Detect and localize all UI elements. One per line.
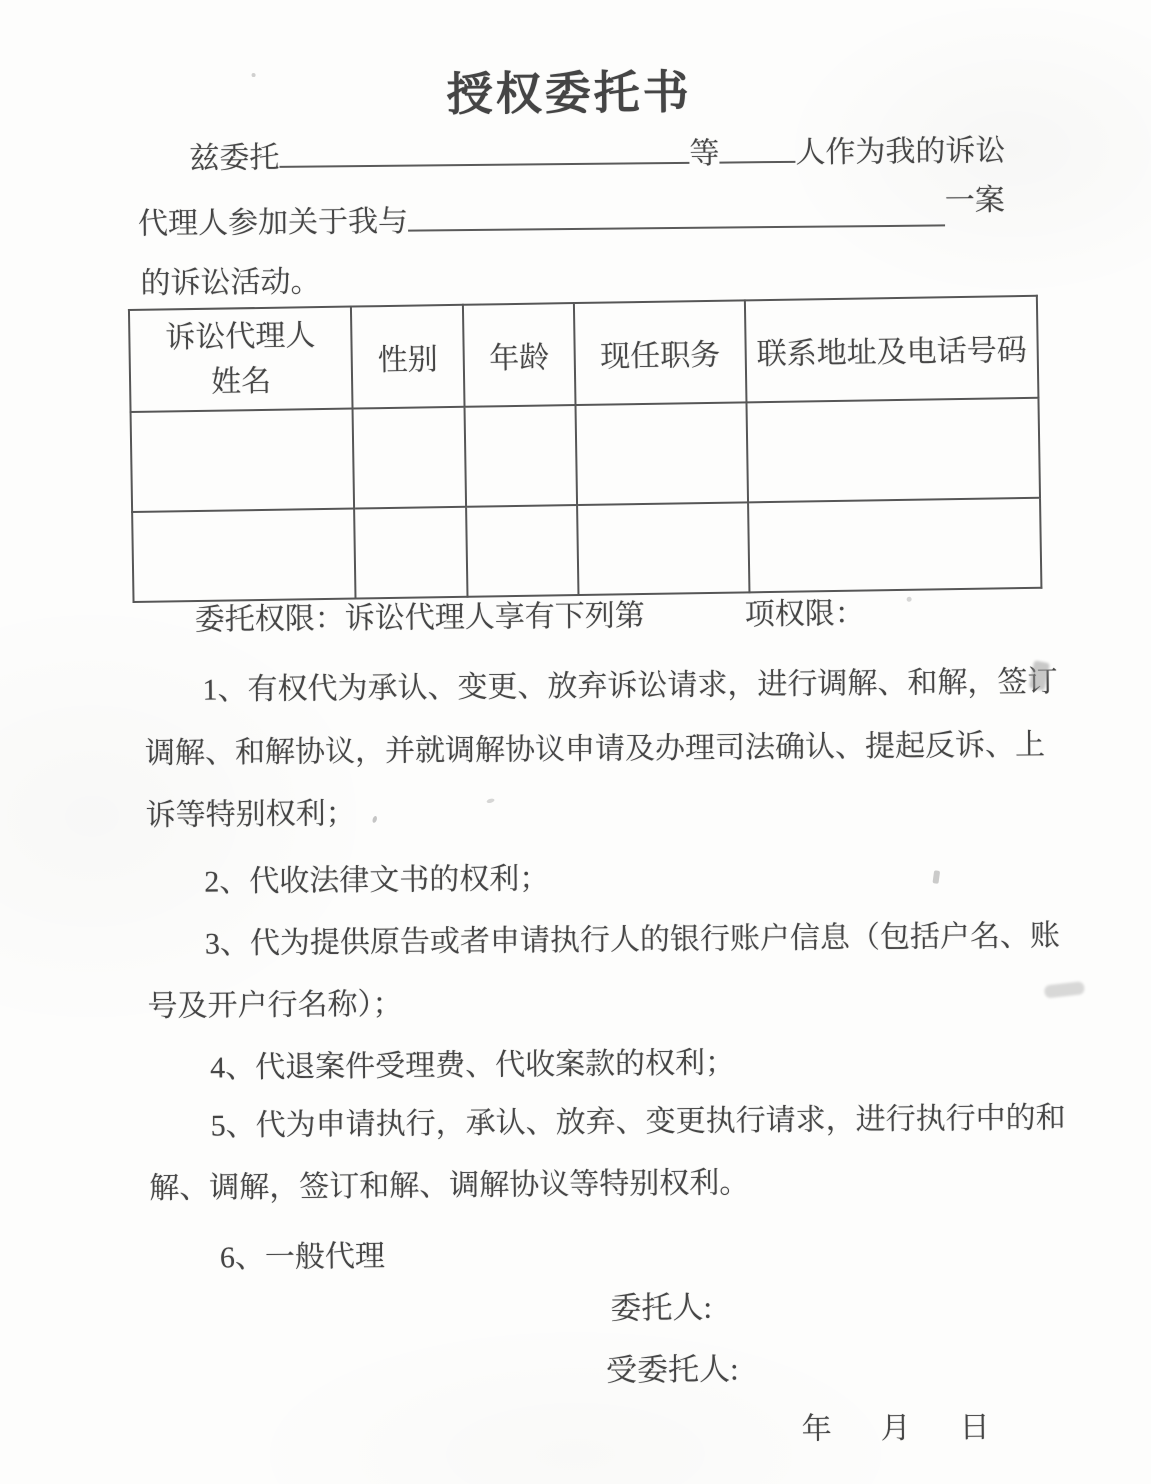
table-row: [132, 498, 1041, 602]
empty-cell: [131, 409, 355, 512]
header-gender: 性别: [351, 305, 465, 409]
table-header-row: 诉讼代理人姓名 性别 年龄 现任职务 联系地址及电话号码: [129, 296, 1038, 412]
empty-cell: [466, 505, 578, 597]
empty-cell: [465, 405, 578, 507]
clause-3-line-1: 3、代为提供原告或者申请执行人的银行账户信息（包括户名、账: [205, 919, 1060, 962]
scan-artifact: [372, 815, 378, 823]
scan-artifact: [486, 798, 495, 804]
empty-cell: [354, 507, 467, 599]
header-age: 年龄: [463, 303, 576, 407]
clause-6-line: 6、一般代理: [220, 1240, 385, 1276]
principal-signature-label: 委托人:: [610, 1290, 712, 1327]
authorization-lead-line: 委托权限：诉讼代理人享有下列第项权限：: [195, 597, 865, 638]
scan-artifact: [1044, 981, 1085, 998]
authorization-lead-prefix: 委托权限：诉讼代理人享有下列第: [195, 599, 645, 636]
person-count-blank: [719, 132, 795, 163]
empty-cell: [577, 502, 749, 595]
authorization-lead-suffix: 项权限：: [745, 597, 865, 631]
opposing-party-blank: [408, 195, 945, 231]
clause-1-line-2: 调解、和解协议，并就调解协议申请及办理司法确认、提起反诉、上: [145, 728, 1045, 771]
header-agent-name-line2: 姓名: [131, 358, 352, 406]
intro-line-2: 代理人参加关于我与一案: [138, 195, 1005, 242]
header-contact-address-phone: 联系地址及电话号码: [745, 296, 1039, 403]
header-agent-name-line1: 诉讼代理人: [130, 313, 351, 361]
intro-line-3: 的诉讼活动。: [140, 265, 320, 301]
empty-cell: [353, 407, 467, 509]
scanned-power-of-attorney-document: 授权委托书 兹委托等人作为我的诉讼 代理人参加关于我与一案 的诉讼活动。 诉讼代…: [0, 0, 1151, 1484]
intro-line-1: 兹委托等人作为我的诉讼: [189, 130, 1005, 177]
clause-2-line: 2、代收法律文书的权利；: [204, 862, 549, 900]
scan-artifact: [907, 597, 912, 602]
principal-name-blank: [279, 133, 689, 167]
clause-1-line-3: 诉等特别权利；: [146, 797, 356, 834]
intro-line1-prefix: 兹委托: [189, 141, 279, 175]
document-sheet: 授权委托书 兹委托等人作为我的诉讼 代理人参加关于我与一案 的诉讼活动。 诉讼代…: [0, 0, 1151, 1484]
empty-cell: [746, 398, 1040, 503]
date-month-label: 月: [880, 1412, 912, 1445]
header-current-position: 现任职务: [574, 300, 747, 405]
clause-5-line-2: 解、调解，签订和解、调解协议等特别权利。: [149, 1166, 749, 1206]
document-title: 授权委托书: [0, 52, 1145, 129]
date-year-label: 年: [801, 1413, 833, 1446]
clause-1-line-1: 1、有权代为承认、变更、放弃诉讼请求，进行调解、和解，签订: [202, 665, 1057, 708]
intro-line2-suffix: 一案: [945, 183, 1005, 217]
intro-line1-suffix: 人作为我的诉讼: [795, 134, 1005, 169]
date-line: 年月日: [801, 1411, 991, 1447]
agents-table: 诉讼代理人姓名 性别 年龄 现任职务 联系地址及电话号码: [128, 295, 1043, 603]
date-day-label: 日: [959, 1411, 991, 1444]
clause-3-line-2: 号及开户行名称）；: [147, 988, 402, 1025]
clause-4-line: 4、代退案件受理费、代收案款的权利；: [210, 1046, 735, 1086]
scan-artifact: [932, 870, 940, 884]
empty-cell: [132, 509, 355, 602]
empty-cell: [575, 402, 748, 505]
scan-artifact: [252, 73, 256, 77]
empty-cell: [748, 498, 1041, 593]
clause-number-gap: [645, 624, 745, 625]
table-row: [131, 398, 1040, 512]
intro-line2-prefix: 代理人参加关于我与: [138, 205, 408, 241]
clause-5-line-1: 5、代为申请执行，承认、放弃、变更执行请求，进行执行中的和: [211, 1101, 1066, 1144]
intro-line1-mid: 等: [689, 137, 719, 170]
header-agent-name: 诉讼代理人姓名: [129, 307, 353, 412]
agent-signature-label: 受委托人:: [606, 1351, 739, 1388]
